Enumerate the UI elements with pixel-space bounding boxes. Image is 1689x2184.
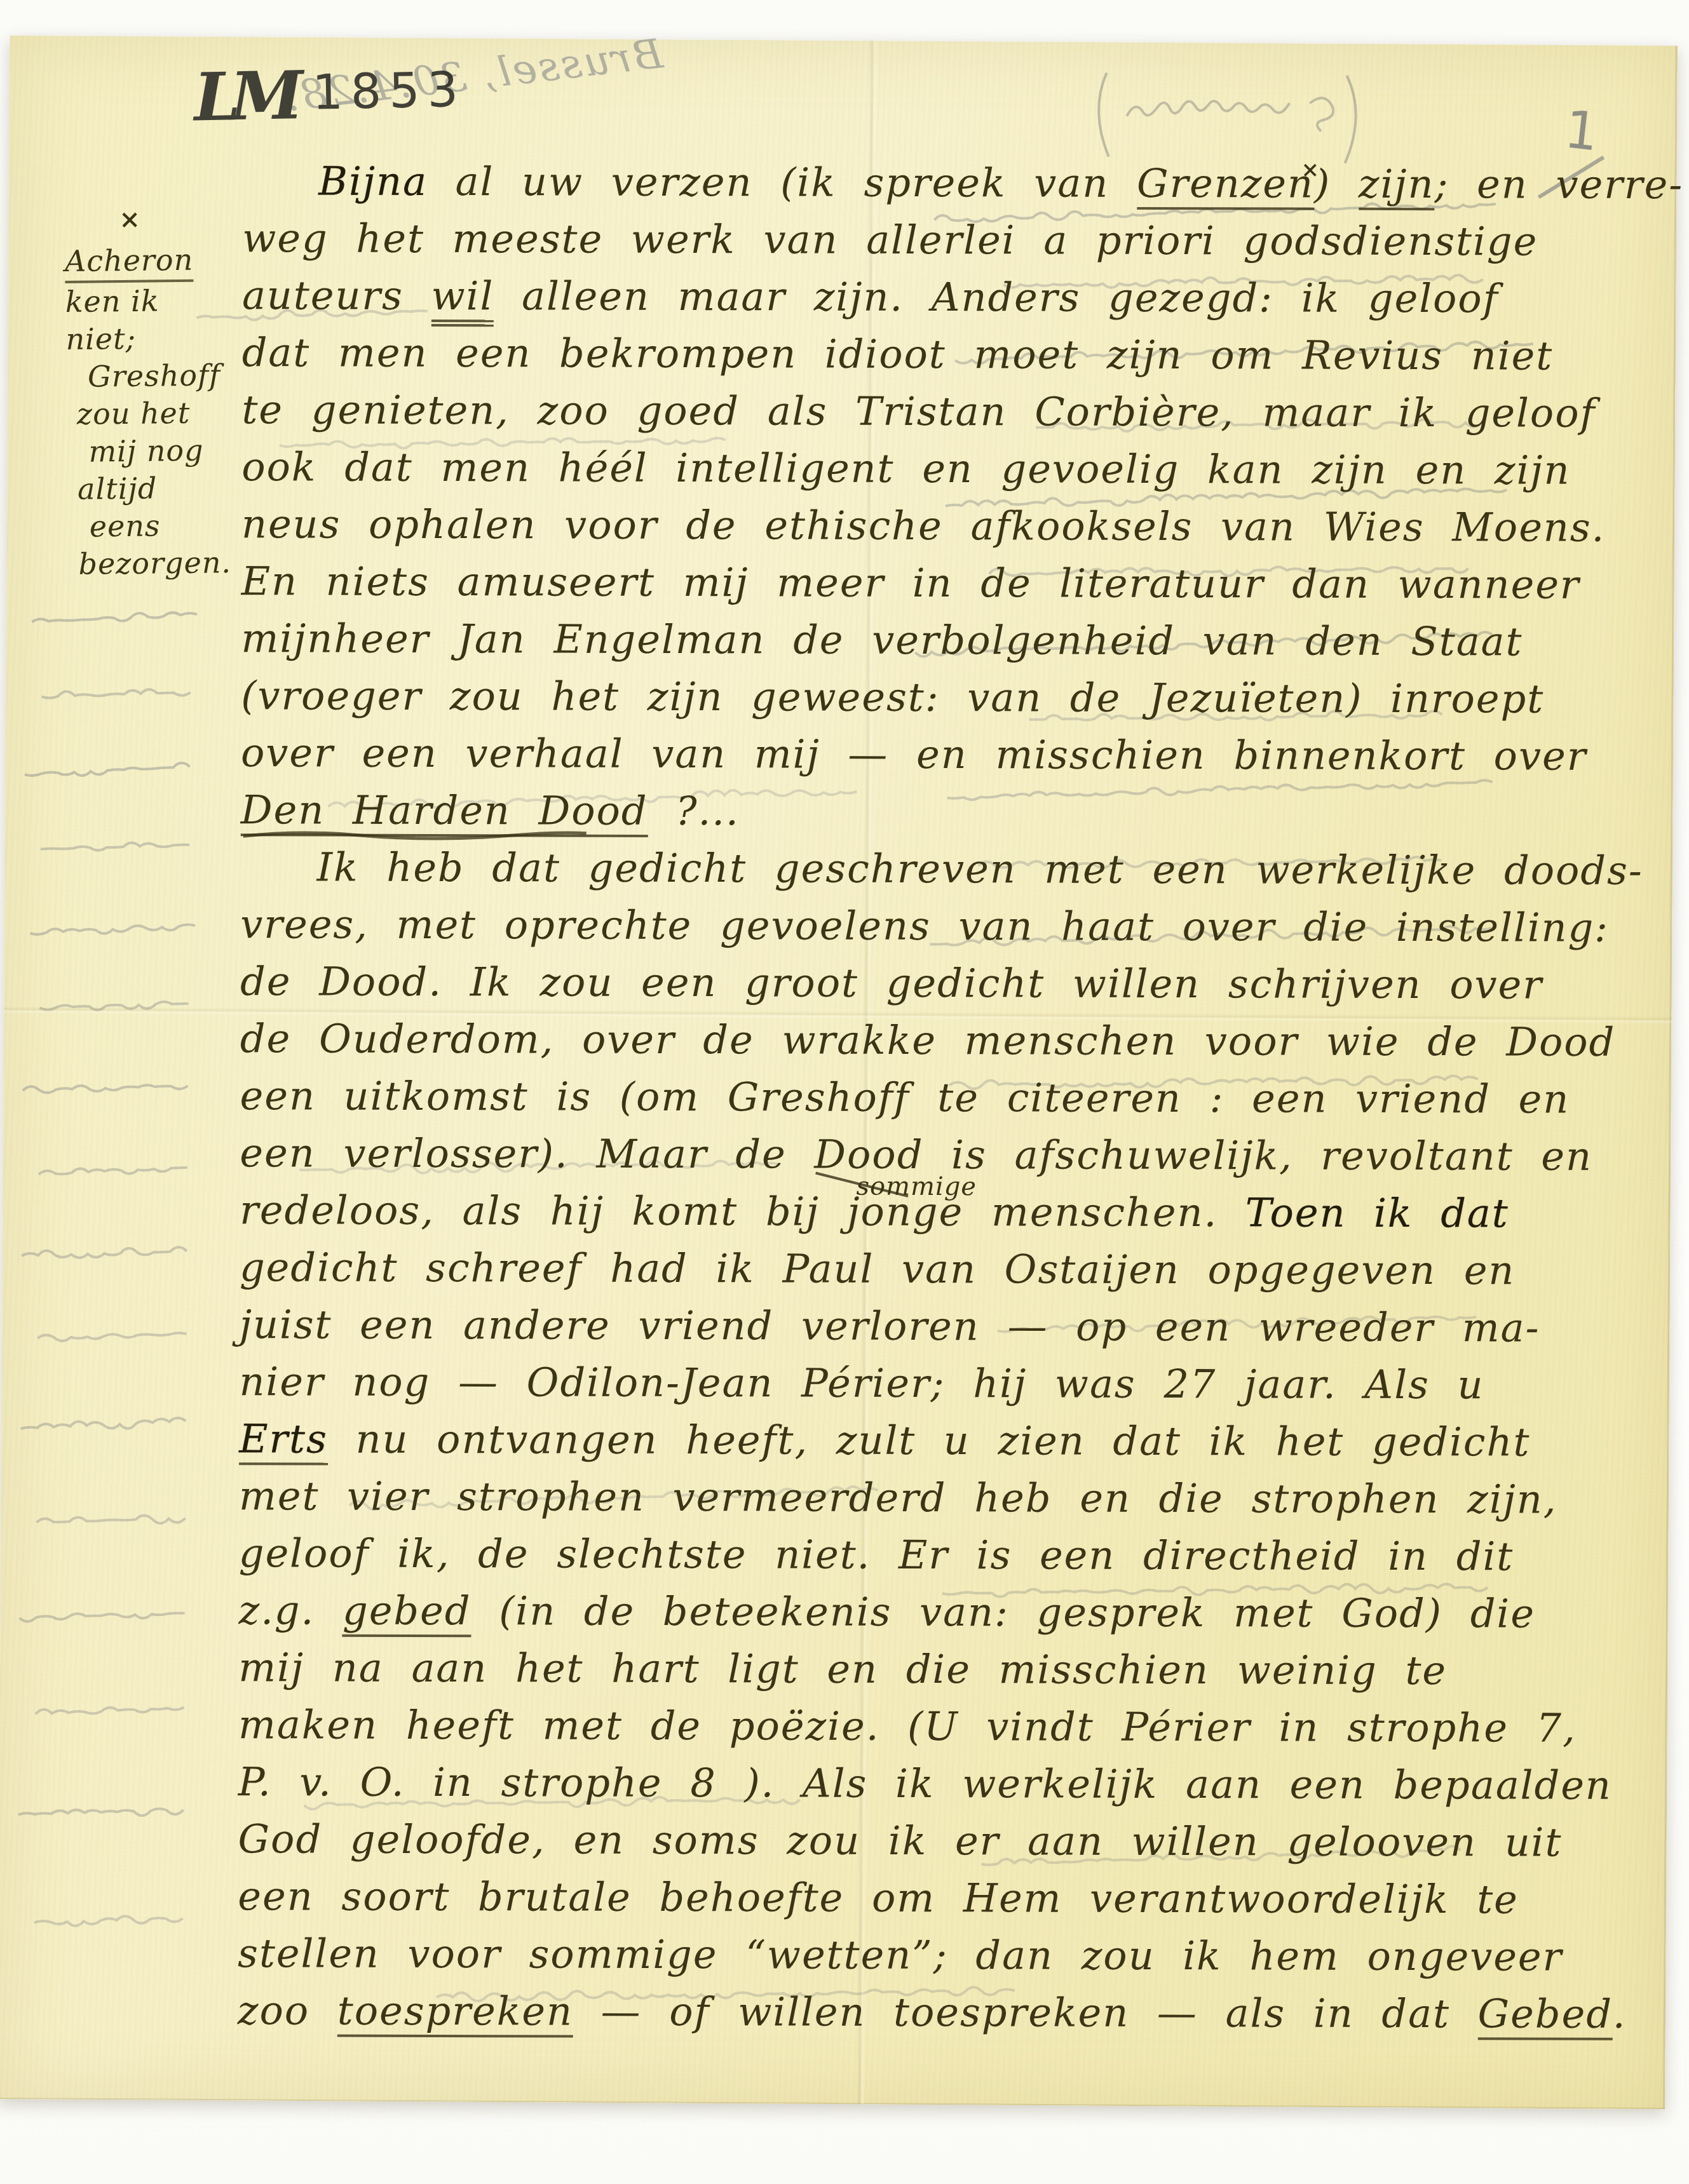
text-line: met vier strophen vermeerderd heb en die…	[239, 1467, 1662, 1528]
margin-note-line: altijd	[78, 471, 158, 506]
bleedthrough-script	[30, 915, 196, 943]
bleedthrough-script	[20, 1411, 186, 1439]
text-line: God geloofde, en soms zou ik er aan will…	[238, 1810, 1661, 1871]
bleedthrough-script	[40, 1324, 187, 1349]
margin-note-row: zou het	[76, 394, 245, 433]
page-number: 1	[1562, 100, 1601, 163]
text-line: de Ouderdom, over de wrakke menschen voo…	[240, 1010, 1664, 1071]
text-line: juist een andere vriend verloren — op ee…	[240, 1296, 1663, 1357]
text-line: nier nog — Odilon-Jean Périer; hij was 2…	[239, 1353, 1662, 1414]
text-line: dat men een bekrompen idioot moet zijn o…	[242, 324, 1665, 385]
bleedthrough-script	[24, 757, 190, 785]
bleedthrough-script	[50, 835, 190, 859]
text-line: een soort brutale behoefte om Hem verant…	[238, 1868, 1661, 1929]
x-reference-mark: ×	[1224, 141, 1320, 198]
margin-note-row: ken ik	[65, 281, 243, 321]
underlined-word: wil	[431, 273, 494, 327]
text-line: z.g. gebed (in de beteekenis van: gespre…	[238, 1582, 1662, 1643]
bleedthrough-script	[44, 682, 191, 707]
archive-stamp: LM1853	[193, 53, 466, 137]
text-line: mij na aan het hart ligt en die misschie…	[238, 1639, 1662, 1700]
bleedthrough-script	[25, 1603, 185, 1628]
margin-note-line: niet;	[65, 321, 136, 356]
margin-note-row: mij nog	[88, 431, 245, 471]
text-line: Erts nu ontvangen heeft, zult u zien dat…	[239, 1410, 1662, 1471]
margin-note-line: Greshoff	[88, 358, 221, 393]
margin-note-line: eens	[90, 508, 161, 543]
bleedthrough-script	[22, 1075, 188, 1100]
bleedthrough-script	[39, 1508, 186, 1533]
bleedthrough-script	[41, 1157, 187, 1185]
margin-note-row: bezorgen.	[78, 544, 247, 583]
margin-note: × Acheronken ikniet;Greshoffzou hetmij n…	[64, 199, 247, 583]
text-line: een uitkomst is (om Greshoff te citeeren…	[240, 1067, 1664, 1128]
text-line: ook dat men héél intelligent en gevoelig…	[241, 438, 1665, 499]
text-line: over een verhaal van mij — en misschien …	[241, 724, 1664, 785]
margin-note-line: bezorgen.	[78, 545, 231, 581]
text-line: weg het meeste werk van allerlei a prior…	[242, 210, 1665, 271]
text-line: Bijna al uw verzen (ik spreek van Grenze…	[242, 152, 1665, 213]
text-line: de Dood. Ik zou een groot gedicht willen…	[240, 953, 1664, 1014]
stamp-number: 1853	[312, 61, 466, 121]
bleedthrough-script	[28, 1241, 187, 1265]
text-line: zoo toespreken — of willen toespreken — …	[238, 1982, 1661, 2043]
text-line: (vroeger zou het zijn geweest: van de Je…	[241, 667, 1664, 728]
text-line: auteurs wil alleen maar zijn. Anders gez…	[242, 267, 1665, 328]
bleedthrough-script	[36, 1908, 183, 1933]
underlined-word: Gebed	[1478, 1990, 1613, 2040]
margin-note-line: Acheron	[65, 241, 194, 283]
margin-note-row: Acheron	[65, 241, 243, 283]
margin-note-row: Greshoff	[88, 356, 245, 396]
underlined-word: Grenzen×	[1137, 160, 1314, 210]
text-line: redeloos, als hij komt bij jongesommige …	[240, 1182, 1663, 1243]
underlined-word: zijn	[1359, 161, 1435, 210]
margin-note-row: niet;	[65, 319, 244, 358]
text-line: geloof ik, de slechtste niet. Er is een …	[239, 1525, 1662, 1586]
text-line: P. v. O. in strophe 8 ). Als ik werkelij…	[238, 1753, 1662, 1814]
text-line: gedicht schreef had ik Paul van Ostaijen…	[240, 1239, 1663, 1300]
text-line: En niets amuseert mij meer in de literat…	[241, 553, 1665, 614]
text-line: Ik heb dat gedicht geschreven met een we…	[240, 839, 1664, 900]
margin-note-line: zou het	[77, 396, 191, 431]
word: Toen ik dat	[1245, 1189, 1509, 1236]
stamp-monogram: LM	[193, 56, 294, 136]
word: Bijna	[318, 158, 428, 205]
word: jongesommige	[847, 1189, 963, 1235]
underlined-word: Erts	[239, 1415, 328, 1465]
text-line: vrees, met oprechte gevoelens van haat o…	[240, 896, 1664, 957]
text-line: maken heeft met de poëzie. (U vindt Péri…	[238, 1696, 1662, 1757]
margin-note-line: mij nog	[88, 433, 204, 469]
text-line: stellen voor sommige “wetten”; dan zou i…	[238, 1925, 1661, 1986]
x-marker: ×	[119, 199, 243, 238]
bleedthrough-script	[32, 604, 198, 632]
letter-body: Bijna al uw verzen (ik spreek van Grenze…	[238, 152, 1666, 2043]
underlined-word: toespreken	[337, 1988, 573, 2038]
bleedthrough-script	[18, 1800, 184, 1824]
underlined-word: gebed	[343, 1587, 471, 1638]
margin-note-line: ken ik	[65, 283, 160, 319]
margin-note-row: altijd	[78, 469, 246, 508]
bleedthrough-script	[37, 1697, 184, 1725]
text-line: te genieten, zoo goed als Tristan Corbiè…	[241, 381, 1665, 442]
text-line: mijnheer Jan Engelman de verbolgenheid v…	[241, 610, 1664, 671]
scanned-letter: { "document": { "kind": "handwritten let…	[0, 0, 1689, 2184]
bleedthrough-script	[42, 994, 189, 1018]
letter-page: Brussel, 30.4.28. LM1853 1 × Acheronken …	[0, 36, 1678, 2109]
text-line: neus ophalen voor de ethische afkooksels…	[241, 495, 1665, 556]
text-line: Den Harden Dood ?...	[241, 781, 1664, 842]
margin-note-row: eens	[90, 506, 247, 546]
